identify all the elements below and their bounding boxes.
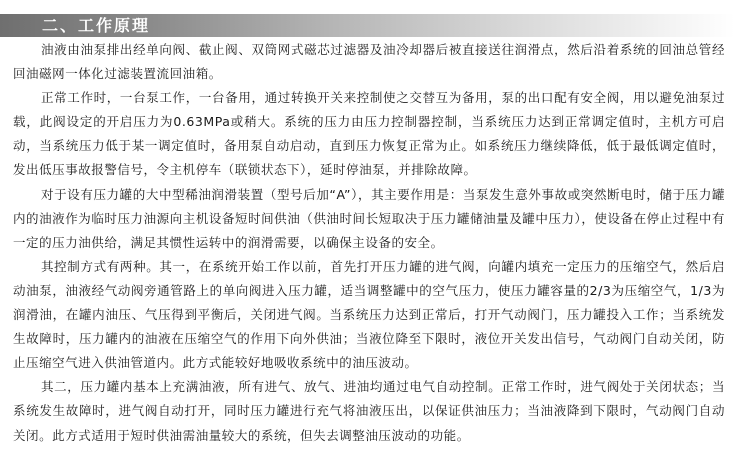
section-title: 二、工作原理: [42, 14, 150, 37]
paragraph-control-method-two: 其二，压力罐内基本上充满油液，所有进气、放气、进油均通过电气自动控制。正常工作时…: [13, 375, 725, 447]
section-header-bar: 二、工作原理: [0, 14, 735, 37]
paragraph-pressure-tank: 对于设有压力罐的大中型稀油润滑装置（型号后加“A”），其主要作用是：当泵发生意外…: [13, 183, 725, 255]
paragraph-control-method-one: 其控制方式有两种。其一，在系统开始工作以前，首先打开压力罐的进气阀，向罐内填充一…: [13, 255, 725, 375]
paragraph-normal-operation: 正常工作时，一台泵工作，一台备用，通过转换开关来控制使之交替互为备用，泵的出口配…: [13, 86, 725, 182]
paragraph-oil-flow: 油液由油泵排出经单向阀、截止阀、双筒网式磁芯过滤器及油冷却器后被直接送往润滑点，…: [13, 38, 725, 86]
document-body: 油液由油泵排出经单向阀、截止阀、双筒网式磁芯过滤器及油冷却器后被直接送往润滑点，…: [13, 38, 725, 448]
